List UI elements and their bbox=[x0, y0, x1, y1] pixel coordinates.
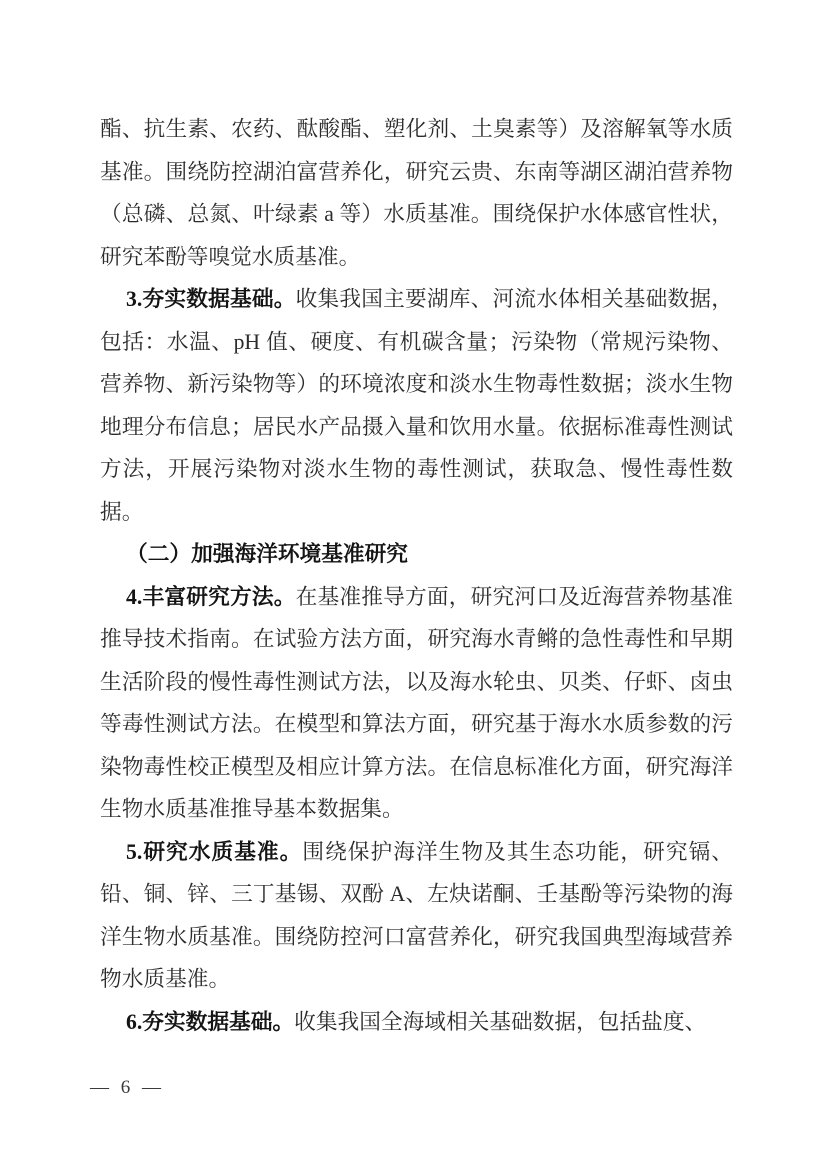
paragraph-text: 收集我国主要湖库、河流水体相关基础数据，包括：水温、pH 值、硬度、有机碳含量；… bbox=[100, 287, 733, 524]
paragraph-lead-bold: 3.夯实数据基础。 bbox=[126, 287, 296, 311]
page-footer: — 6 — bbox=[90, 1076, 162, 1100]
document-page: 酯、抗生素、农药、酞酸酯、塑化剂、土臭素等）及溶解氧等水质基准。围绕防控湖泊富营… bbox=[0, 0, 826, 1169]
paragraph-lead-bold: 4.丰富研究方法。 bbox=[126, 585, 296, 609]
paragraph-text: 在基准推导方面，研究河口及近海营养物基准推导技术指南。在试验方法方面，研究海水青… bbox=[100, 585, 733, 822]
paragraph-lead-bold: 5.研究水质基准。 bbox=[126, 840, 302, 864]
paragraph-text: 收集我国全海域相关基础数据，包括盐度、 bbox=[294, 1010, 706, 1034]
paragraph-lead-bold: 6.夯实数据基础。 bbox=[126, 1010, 294, 1034]
paragraph-item-4: 4.丰富研究方法。在基准推导方面，研究河口及近海营养物基准推导技术指南。在试验方… bbox=[100, 576, 733, 831]
page-number: — 6 — bbox=[90, 1077, 162, 1098]
paragraph-item-3: 3.夯实数据基础。收集我国主要湖库、河流水体相关基础数据，包括：水温、pH 值、… bbox=[100, 278, 733, 533]
paragraph-text: 酯、抗生素、农药、酞酸酯、塑化剂、土臭素等）及溶解氧等水质基准。围绕防控湖泊富营… bbox=[100, 117, 733, 269]
section-heading: （二）加强海洋环境基准研究 bbox=[100, 533, 733, 576]
paragraph-item-5: 5.研究水质基准。围绕保护海洋生物及其生态功能，研究镉、铅、铜、锌、三丁基锡、双… bbox=[100, 831, 733, 1001]
section-heading-text: （二）加强海洋环境基准研究 bbox=[126, 542, 408, 566]
paragraph-item-6: 6.夯实数据基础。收集我国全海域相关基础数据，包括盐度、 bbox=[100, 1001, 733, 1044]
paragraph-continuation: 酯、抗生素、农药、酞酸酯、塑化剂、土臭素等）及溶解氧等水质基准。围绕防控湖泊富营… bbox=[100, 108, 733, 278]
page-content: 酯、抗生素、农药、酞酸酯、塑化剂、土臭素等）及溶解氧等水质基准。围绕防控湖泊富营… bbox=[100, 108, 733, 1043]
